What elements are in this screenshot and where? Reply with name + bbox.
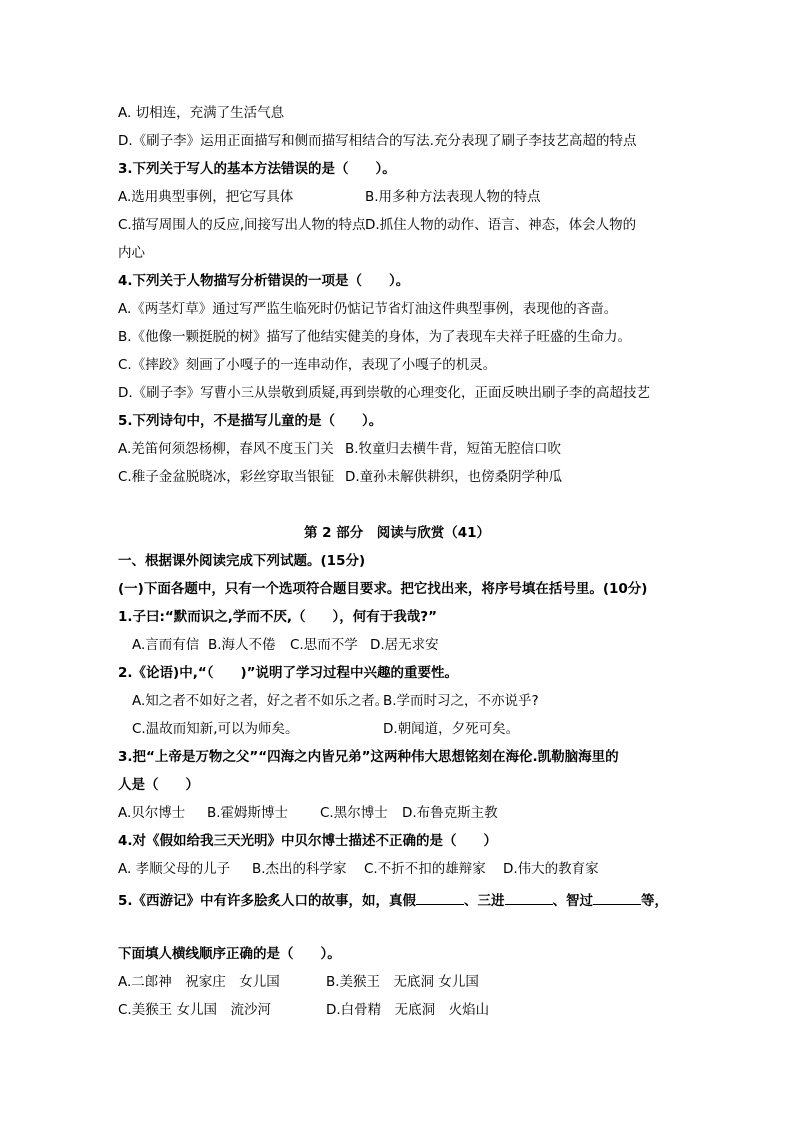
q5-option-a: A.羌笛何须怨杨柳，春风不度玉门关 [118, 440, 334, 458]
q2-option-d: D.《刷子李》运用正面描写和侧而描写相结合的写法.充分表现了刷子李技艺高超的特点 [118, 132, 636, 150]
p2-q5-stem-part1: 5.《西游记》中有许多脍炙人口的故事，如，真假 [118, 893, 416, 909]
q3-option-d: D.抓住人物的动作、语言、神态，体会人物的 [365, 216, 636, 234]
p2-q2-option-c: C.温故而知新,可以为师矣。 [132, 720, 299, 738]
p2-q3-stem-cont: 人是（ ） [118, 776, 199, 794]
q5-option-b: B.牧童归去横牛背，短笛无腔信口吹 [345, 440, 561, 458]
p2-q4-option-d: D.伟大的教育家 [503, 860, 599, 878]
p2-q1-option-b: B.海人不倦 [208, 636, 276, 654]
p2-q4-option-a: A. 孝顺父母的儿子 [118, 860, 230, 878]
answer-blank-2 [505, 890, 553, 905]
p2-q2-option-a: A.知之者不如好之者，好之者不如乐之者。 [132, 692, 388, 710]
p2-q4-option-c: C.不折不扣的雄辩家 [364, 860, 486, 878]
q3-stem: 3.下列关于写人的基本方法错误的是（ ）。 [118, 160, 396, 178]
q4-option-a: A.《两茎灯草》通过写严监生临死时仍惦记节省灯油这件典型事例，表现他的吝啬。 [118, 300, 617, 318]
p2-q5-stem-cont: 下面填人横线顺序正确的是（ ）。 [118, 945, 341, 963]
p2-q3-option-d: D.布鲁克斯主教 [402, 804, 498, 822]
q4-option-d: D.《刷子李》写曹小三从崇敬到质疑,再到崇敬的心理变化，正面反映出刷子李的高超技… [118, 384, 650, 402]
q3-option-d-cont: 内心 [118, 244, 145, 262]
p2-q4-option-b: B.杰出的科学家 [252, 860, 347, 878]
subsection1-heading: (一)下面各题中，只有一个选项符合题目要求。把它找出来，将序号填在括号里。(10… [118, 580, 647, 598]
p2-q2-option-d: D.朝闻道，夕死可矣。 [383, 720, 519, 738]
p2-q2-stem: 2.《论语)中,“（ )”说明了学习过程中兴趣的重要性。 [118, 664, 458, 682]
q5-stem: 5.下列诗句中，不是描写儿童的是（ ）。 [118, 412, 382, 430]
q3-option-c: C.描写周围人的反应,间接写出人物的特点 [118, 216, 366, 234]
p2-q1-option-c: C.思而不学 [290, 636, 358, 654]
p2-q5-option-b: B.美猴王 无底洞 女儿国 [326, 973, 479, 991]
p2-q3-option-c: C.黑尔博士 [320, 804, 388, 822]
q5-option-d: D.童孙未解供耕织，也傍桑阴学种瓜 [345, 468, 562, 486]
part2-title: 第 2 部分 阅读与欣赏（41） [0, 524, 794, 542]
p2-q5-option-a: A.二郎神 祝家庄 女儿国 [118, 973, 280, 991]
p2-q5-option-c: C.美猴王 女儿国 流沙河 [118, 1001, 271, 1019]
q5-option-c: C.稚子金盆脱晓冰，彩丝穿取当银钲 [118, 468, 334, 486]
p2-q4-stem: 4.对《假如给我三天光明》中贝尔博士描述不正确的是（ ） [118, 832, 497, 850]
p2-q5-option-d: D.白骨精 无底洞 火焰山 [326, 1001, 489, 1019]
answer-blank-3 [593, 890, 641, 905]
p2-q5-stem-part3: 、智过 [553, 893, 594, 909]
section1-heading: 一、根据课外阅读完成下列试题。(15分) [118, 552, 365, 570]
q4-option-c: C.《摔跤》刻画了小嘎子的一连串动作，表现了小嘎子的机灵。 [118, 356, 496, 374]
q3-option-b: B.用多种方法表现人物的特点 [365, 188, 541, 206]
p2-q1-option-d: D.居无求安 [370, 636, 439, 654]
p2-q5-stem-part4: 等， [641, 893, 668, 909]
answer-blank-1 [416, 890, 464, 905]
p2-q3-stem: 3.把“上帝是万物之父”“四海之内皆兄弟”这两种伟大思想铭刻在海伦.凯勒脑海里的 [118, 748, 619, 766]
q4-stem: 4.下列关于人物描写分析错误的一项是（ ）。 [118, 272, 409, 290]
p2-q3-option-b: B.霍姆斯博士 [207, 804, 288, 822]
p2-q2-option-b: B.学而时习之，不亦说乎? [383, 692, 539, 710]
q4-option-b: B.《他像一颗挺脱的树》描写了他结实健美的身体，为了表现车夫祥子旺盛的生命力。 [118, 328, 631, 346]
p2-q3-option-a: A.贝尔博士 [118, 804, 185, 822]
p2-q1-stem: 1.子曰:“默而识之,学而不厌,（ ），何有于我哉?” [118, 608, 437, 626]
q3-option-a: A.选用典型事例，把它写具体 [118, 188, 293, 206]
p2-q5-stem-part2: 、三进 [464, 893, 505, 909]
q2-option-a-tail: A. 切相连，充满了生活气息 [118, 104, 284, 122]
p2-q5-stem: 5.《西游记》中有许多脍炙人口的故事，如，真假、三进、智过等， [118, 890, 668, 910]
p2-q1-option-a: A.言而有信 [132, 636, 199, 654]
